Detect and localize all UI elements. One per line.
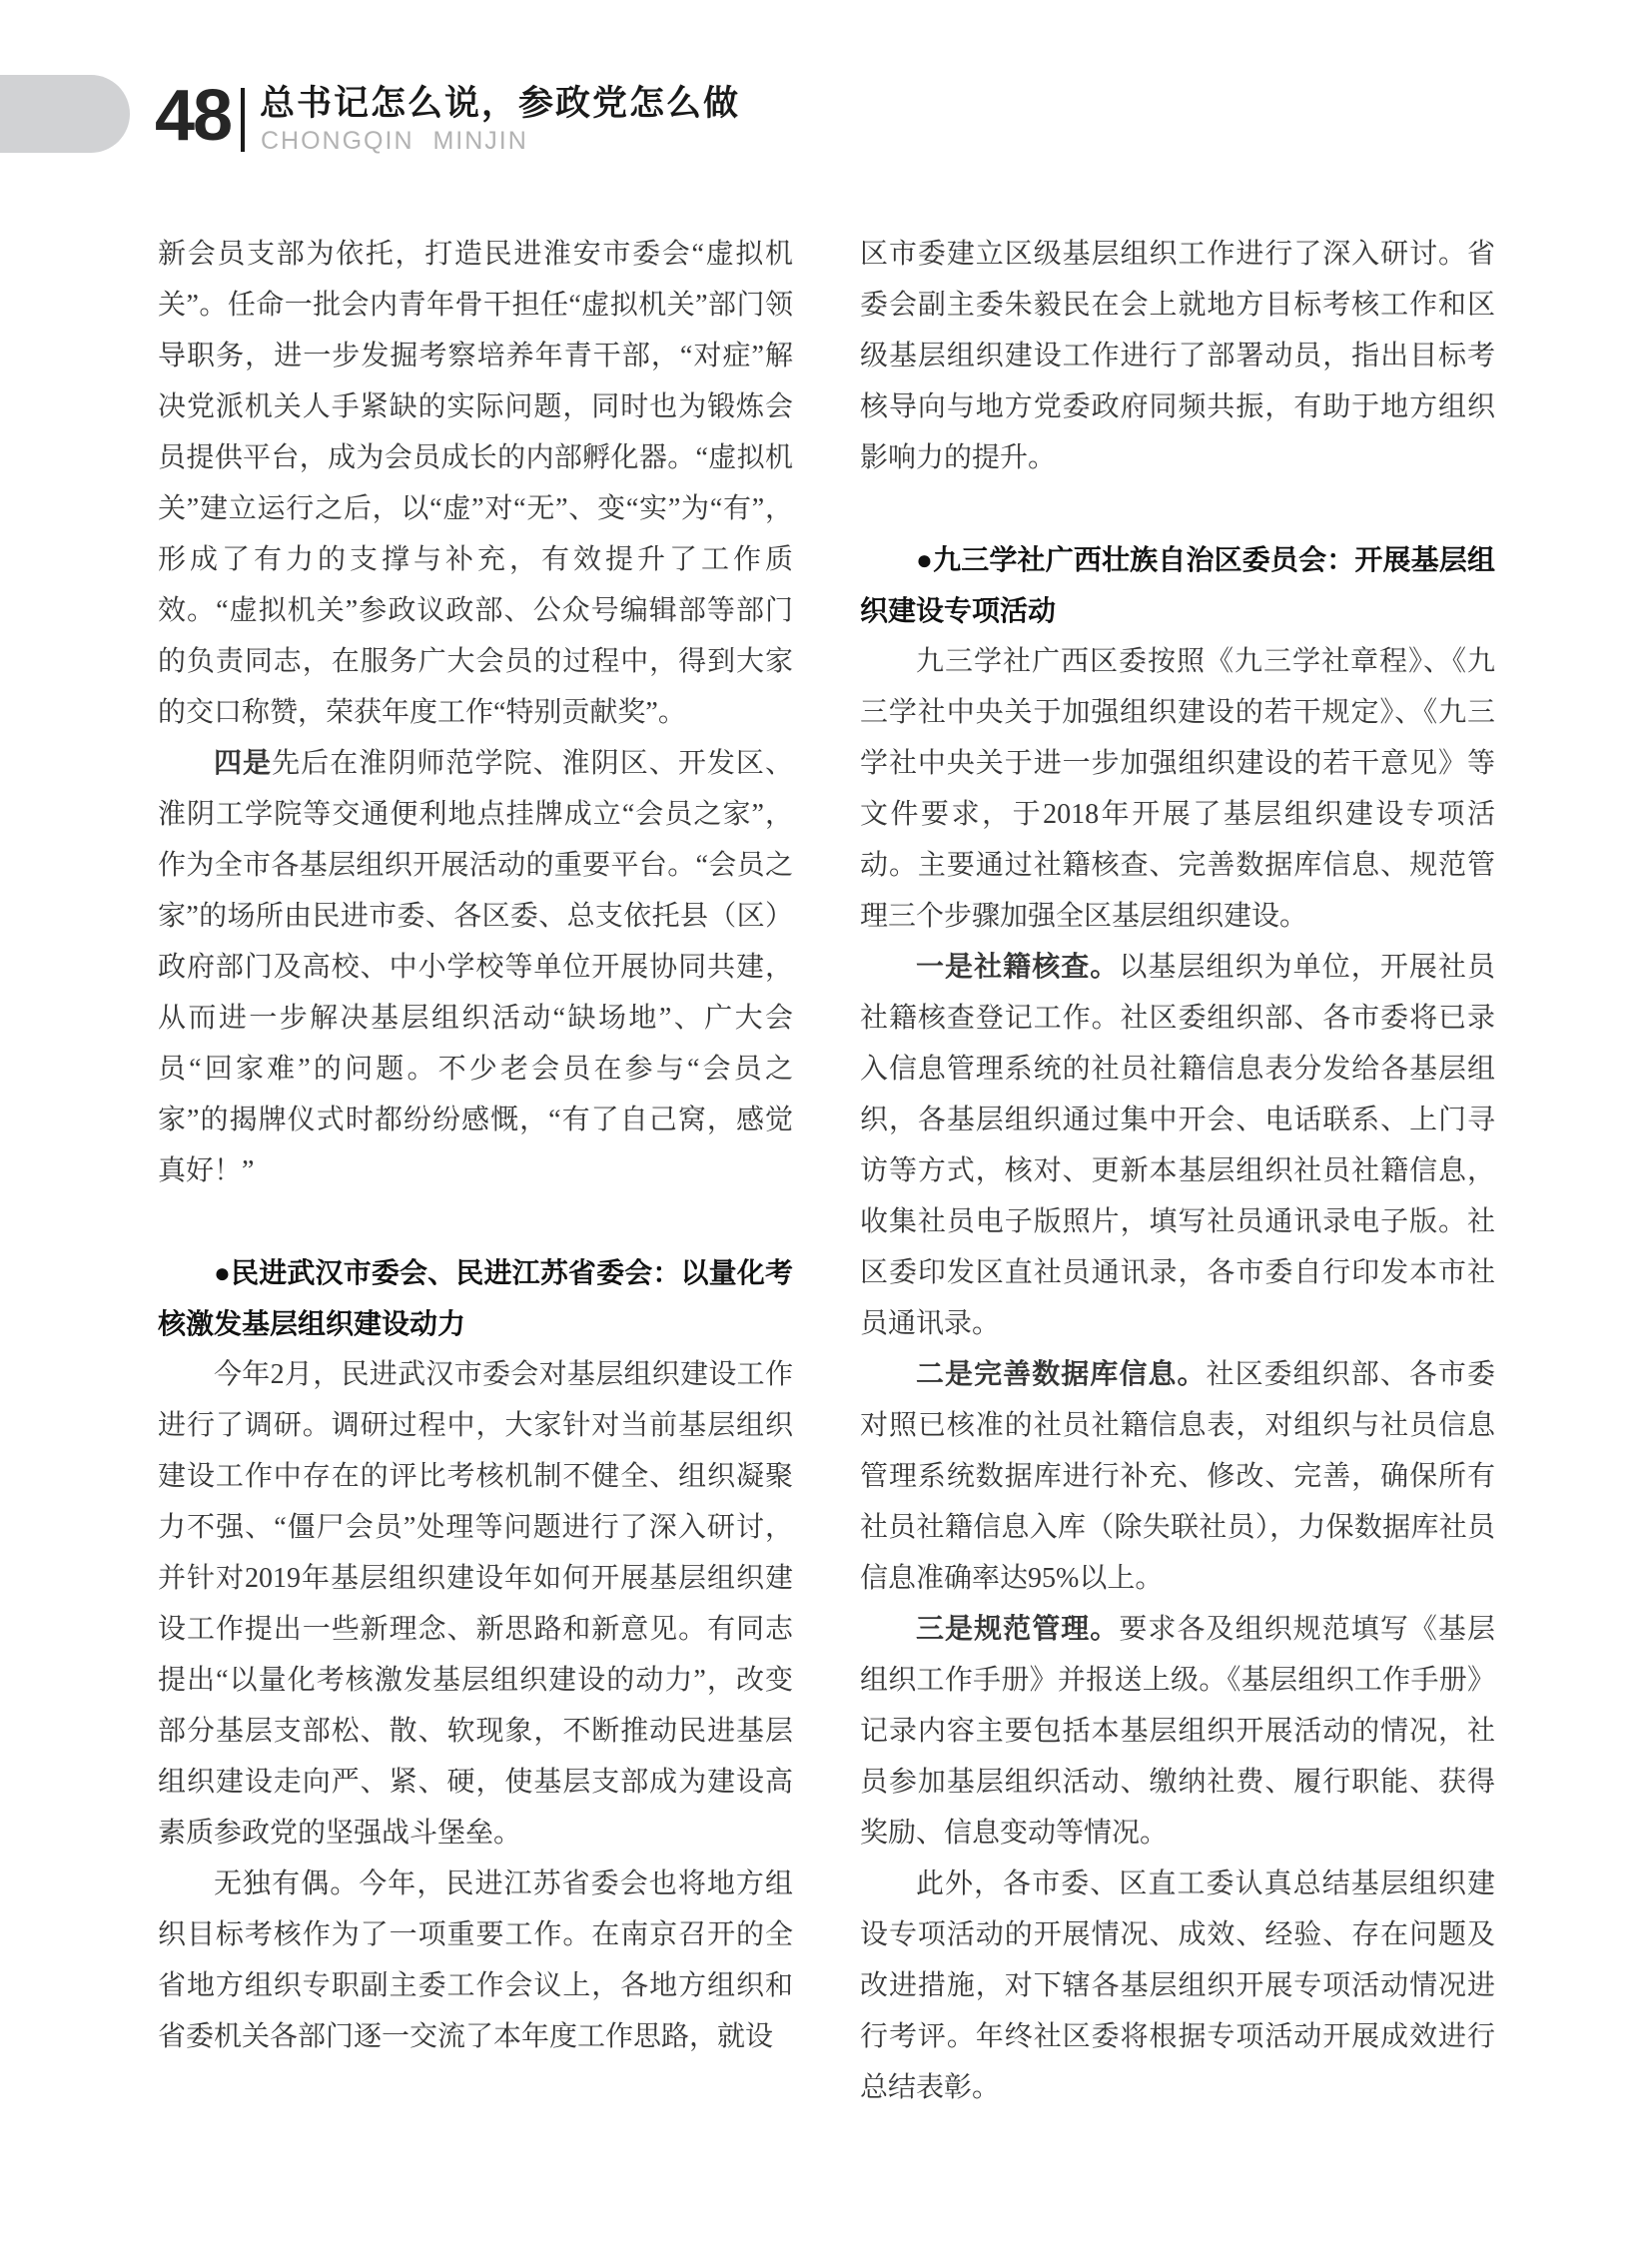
paragraph-lead: 三是规范管理。: [916, 1614, 1119, 1645]
bullet-icon: ●: [916, 544, 933, 575]
right-column: 区市委建立区级基层组织工作进行了深入研讨。省委会副主委朱毅民在会上就地方目标考核…: [860, 229, 1495, 2113]
paragraph-text: 无独有偶。今年，民进江苏省委会也将地方组织目标考核作为了一项重要工作。在南京召开…: [158, 1868, 793, 2052]
paragraph: 四是先后在淮阴师范学院、淮阴区、开发区、淮阴工学院等交通便利地点挂牌成立“会员之…: [158, 738, 793, 1196]
paragraph: 三是规范管理。要求各及组织规范填写《基层组织工作手册》并报送上级。《基层组织工作…: [860, 1604, 1495, 1859]
paragraph-text: 要求各及组织规范填写《基层组织工作手册》并报送上级。《基层组织工作手册》记录内容…: [860, 1614, 1495, 1849]
page-title: 总书记怎么说，参政党怎么做: [260, 84, 740, 124]
paragraph-text: 新会员支部为依托，打造民进淮安市委会“虚拟机关”。任命一批会内青年骨干担任“虚拟…: [158, 239, 793, 728]
paragraph: 此外，各市委、区直工委认真总结基层组织建设专项活动的开展情况、成效、经验、存在问…: [860, 1859, 1495, 2113]
section-heading: ●九三学社广西壮族自治区委员会：开展基层组织建设专项活动: [860, 534, 1495, 636]
paragraph: 无独有偶。今年，民进江苏省委会也将地方组织目标考核作为了一项重要工作。在南京召开…: [158, 1859, 793, 2062]
paragraph-lead: 一是社籍核查。: [916, 952, 1119, 983]
paragraph: 区市委建立区级基层组织工作进行了深入研讨。省委会副主委朱毅民在会上就地方目标考核…: [860, 229, 1495, 483]
header-divider: [241, 88, 245, 152]
section-heading: ●民进武汉市委会、民进江苏省委会：以量化考核激发基层组织建设动力: [158, 1247, 793, 1349]
paragraph-text: 九三学社广西区委按照《九三学社章程》、《九三学社中央关于加强组织建设的若干规定》…: [860, 646, 1495, 932]
paragraph: 九三学社广西区委按照《九三学社章程》、《九三学社中央关于加强组织建设的若干规定》…: [860, 636, 1495, 942]
paragraph: 二是完善数据库信息。社区委组织部、各市委对照已核准的社员社籍信息表，对组织与社员…: [860, 1349, 1495, 1604]
paragraph-text: 区市委建立区级基层组织工作进行了深入研讨。省委会副主委朱毅民在会上就地方目标考核…: [860, 239, 1495, 473]
page-number: 48: [155, 80, 231, 152]
paragraph-lead: 二是完善数据库信息。: [916, 1359, 1207, 1390]
paragraph-lead: 四是: [214, 748, 272, 779]
paragraph-text: 先后在淮阴师范学院、淮阴区、开发区、淮阴工学院等交通便利地点挂牌成立“会员之家”…: [158, 748, 793, 1186]
left-column: 新会员支部为依托，打造民进淮安市委会“虚拟机关”。任命一批会内青年骨干担任“虚拟…: [158, 229, 793, 2062]
page-subtitle: CHONGQIN MINJIN: [261, 128, 528, 154]
section-heading-text: 九三学社广西壮族自治区委员会：开展基层组织建设专项活动: [860, 544, 1495, 626]
paragraph-text: 此外，各市委、区直工委认真总结基层组织建设专项活动的开展情况、成效、经验、存在问…: [860, 1868, 1495, 2103]
paragraph: 一是社籍核查。以基层组织为单位，开展社员社籍核查登记工作。社区委组织部、各市委将…: [860, 942, 1495, 1349]
section-heading-text: 民进武汉市委会、民进江苏省委会：以量化考核激发基层组织建设动力: [158, 1257, 793, 1339]
paragraph-text: 以基层组织为单位，开展社员社籍核查登记工作。社区委组织部、各市委将已录入信息管理…: [860, 952, 1495, 1339]
bullet-icon: ●: [214, 1257, 231, 1288]
magazine-page: 48 总书记怎么说，参政党怎么做 CHONGQIN MINJIN 新会员支部为依…: [0, 0, 1652, 2241]
paragraph: 今年2月，民进武汉市委会对基层组织建设工作进行了调研。调研过程中，大家针对当前基…: [158, 1349, 793, 1859]
paragraph-text: 社区委组织部、各市委对照已核准的社员社籍信息表，对组织与社员信息管理系统数据库进…: [860, 1359, 1495, 1594]
paragraph: 新会员支部为依托，打造民进淮安市委会“虚拟机关”。任命一批会内青年骨干担任“虚拟…: [158, 229, 793, 738]
corner-tab: [0, 75, 130, 153]
paragraph-text: 今年2月，民进武汉市委会对基层组织建设工作进行了调研。调研过程中，大家针对当前基…: [158, 1359, 793, 1849]
